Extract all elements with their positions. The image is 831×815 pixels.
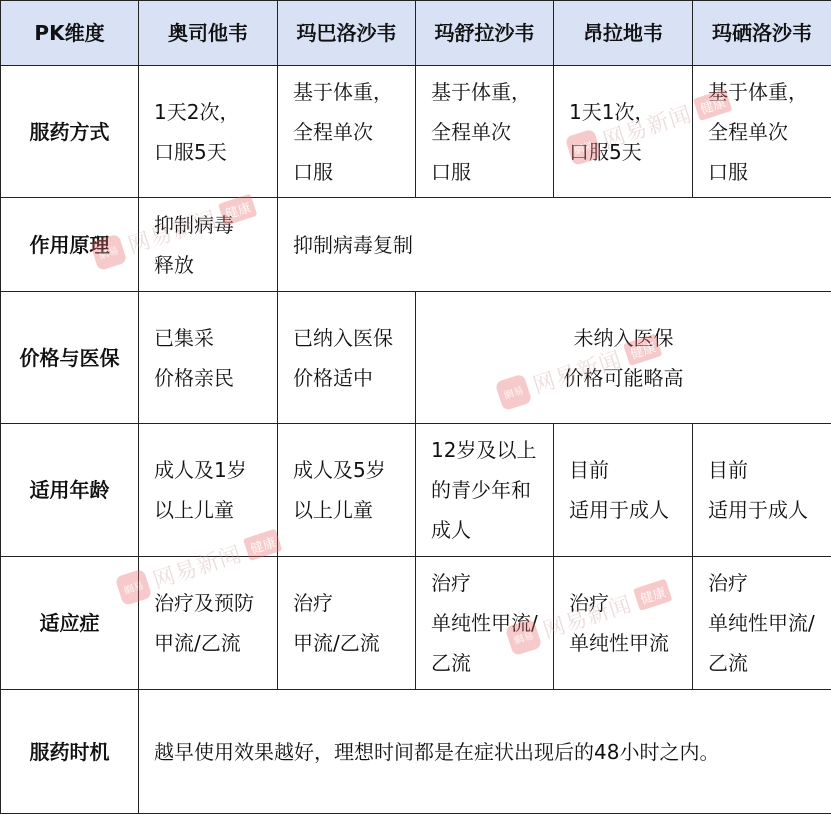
table-cell: 基于体重， 全程单次 口服 <box>278 66 416 198</box>
table-cell: 治疗 单纯性甲流 <box>554 557 693 690</box>
table-row-dosing: 服药方式 1天2次， 口服5天 基于体重， 全程单次 口服 基于体重， 全程单次… <box>1 66 831 198</box>
row-label: 适用年龄 <box>1 424 139 557</box>
table-cell: 成人及1岁 以上儿童 <box>139 424 278 557</box>
table-cell: 目前 适用于成人 <box>693 424 831 557</box>
table-cell: 1天1次， 口服5天 <box>554 66 693 198</box>
table-cell: 目前 适用于成人 <box>554 424 693 557</box>
table-cell: 治疗 单纯性甲流/ 乙流 <box>693 557 831 690</box>
row-label: 作用原理 <box>1 198 139 292</box>
table-cell-merged: 未纳入医保 价格可能略高 <box>416 292 831 424</box>
table-cell: 已纳入医保 价格适中 <box>278 292 416 424</box>
drug-comparison-table: PK维度 奥司他韦 玛巴洛沙韦 玛舒拉沙韦 昂拉地韦 玛硒洛沙韦 服药方式 1天… <box>0 0 831 814</box>
table-cell: 已集采 价格亲民 <box>139 292 278 424</box>
header-marboxavir: 玛硒洛沙韦 <box>693 1 831 66</box>
row-label: 适应症 <box>1 557 139 690</box>
table-cell: 治疗 甲流/乙流 <box>278 557 416 690</box>
header-oseltamivir: 奥司他韦 <box>139 1 278 66</box>
table-cell: 治疗及预防 甲流/乙流 <box>139 557 278 690</box>
table-cell: 1天2次， 口服5天 <box>139 66 278 198</box>
header-suraxavir: 玛舒拉沙韦 <box>416 1 554 66</box>
header-baloxavir: 玛巴洛沙韦 <box>278 1 416 66</box>
table-row-mechanism: 作用原理 抑制病毒 释放 抑制病毒复制 <box>1 198 831 292</box>
table-cell: 抑制病毒 释放 <box>139 198 278 292</box>
table-cell: 治疗 单纯性甲流/ 乙流 <box>416 557 554 690</box>
table-cell: 基于体重， 全程单次 口服 <box>693 66 831 198</box>
table-row-timing: 服药时机 越早使用效果越好，理想时间都是在症状出现后的48小时之内。 <box>1 690 831 814</box>
table-cell: 12岁及以上 的青少年和 成人 <box>416 424 554 557</box>
header-row: PK维度 奥司他韦 玛巴洛沙韦 玛舒拉沙韦 昂拉地韦 玛硒洛沙韦 <box>1 1 831 66</box>
table-cell: 基于体重， 全程单次 口服 <box>416 66 554 198</box>
row-label: 服药时机 <box>1 690 139 814</box>
header-dimension: PK维度 <box>1 1 139 66</box>
table-row-age: 适用年龄 成人及1岁 以上儿童 成人及5岁 以上儿童 12岁及以上 的青少年和 … <box>1 424 831 557</box>
header-onradivir: 昂拉地韦 <box>554 1 693 66</box>
table-row-indication: 适应症 治疗及预防 甲流/乙流 治疗 甲流/乙流 治疗 单纯性甲流/ 乙流 治疗… <box>1 557 831 690</box>
row-label: 服药方式 <box>1 66 139 198</box>
table-row-price: 价格与医保 已集采 价格亲民 已纳入医保 价格适中 未纳入医保 价格可能略高 <box>1 292 831 424</box>
table-cell: 成人及5岁 以上儿童 <box>278 424 416 557</box>
table-cell-merged: 抑制病毒复制 <box>278 198 831 292</box>
table-cell-merged: 越早使用效果越好，理想时间都是在症状出现后的48小时之内。 <box>139 690 831 814</box>
row-label: 价格与医保 <box>1 292 139 424</box>
